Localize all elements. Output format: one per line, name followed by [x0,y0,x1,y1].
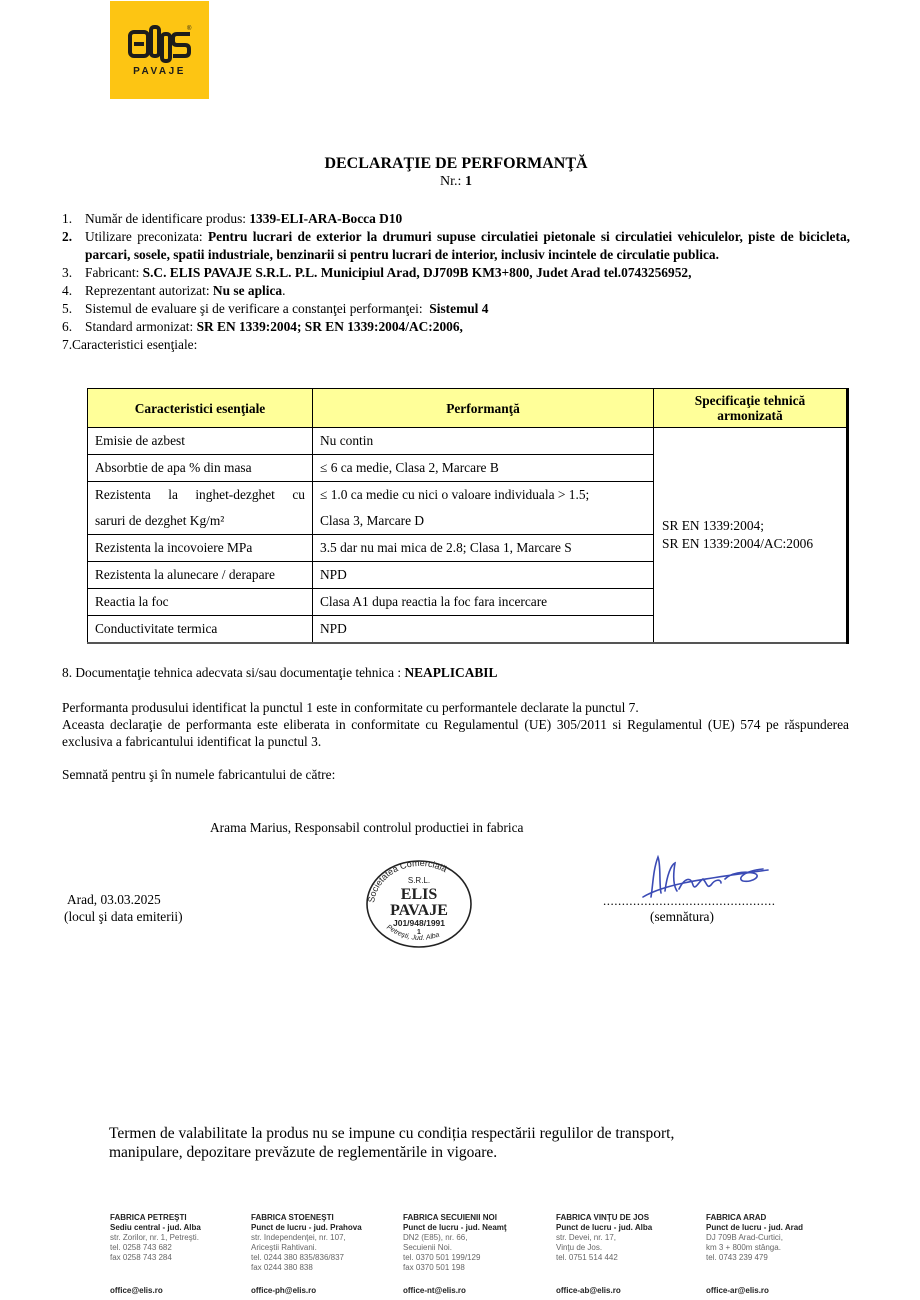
item-assessment-system: 5. Sistemul de evaluare şi de verificare… [62,300,850,318]
item-manufacturer: 3. Fabricant: S.C. ELIS PAVAJE S.R.L. P.… [62,264,850,282]
footer-factory-vintu: FABRICA VINŢU DE JOS Punct de lucru - ju… [556,1213,706,1263]
svg-text:J01/948/1991: J01/948/1991 [393,918,445,928]
item-intended-use: 2. Utilizare preconizata: Pentru lucrari… [62,228,850,264]
conformity-statement: Performanta produsului identificat la pu… [62,699,849,750]
footer-factory-arad: FABRICA ARAD Punct de lucru - jud. Arad … [706,1213,856,1263]
svg-text:®: ® [187,25,192,32]
table-row: Emisie de azbest Nu contin SR EN 1339:20… [88,428,848,455]
essential-characteristics-table: Caracteristici esenţiale Performanţă Spe… [87,388,849,644]
svg-text:ELIS: ELIS [401,886,438,903]
declaration-number: Nr.: 1 [0,174,912,190]
email-link[interactable]: office-ph@elis.ro [251,1286,316,1296]
elis-logo-mark-icon: ® [127,24,193,64]
signature-line: ........................................… [603,893,775,909]
item-representative: 4. Reprezentant autorizat: Nu se aplica. [62,282,850,300]
header-spec: Specificaţie tehnică armonizată [654,389,848,428]
item-technical-documentation: 8. Documentaţie tehnica adecvata si/sau … [62,665,497,681]
document-title: DECLARAŢIE DE PERFORMANŢĂ [0,155,912,173]
table-header-row: Caracteristici esenţiale Performanţă Spe… [88,389,848,428]
email-link[interactable]: office-ab@elis.ro [556,1286,621,1296]
place-date: Arad, 03.03.2025 (locul şi data emiterii… [64,891,183,925]
email-link[interactable]: office@elis.ro [110,1286,163,1296]
header-performance: Performanţă [313,389,654,428]
header-characteristics: Caracteristici esenţiale [88,389,313,428]
item-harmonised-standard: 6. Standard armonizat: SR EN 1339:2004; … [62,318,850,336]
signature-label: (semnătura) [650,909,714,925]
item-product-id: 1. Număr de identificare produs: 1339-EL… [62,210,850,228]
footer-factory-secuienii: FABRICA SECUIENII NOI Punct de lucru - j… [403,1213,553,1273]
logo-subtitle: PAVAJE [133,66,186,77]
email-link[interactable]: office-nt@elis.ro [403,1286,466,1296]
email-link[interactable]: office-ar@elis.ro [706,1286,769,1296]
elis-pavaje-logo: ® PAVAJE [110,1,209,99]
declaration-items: 1. Număr de identificare produs: 1339-EL… [62,210,850,354]
svg-text:PAVAJE: PAVAJE [390,902,448,919]
validity-note: Termen de valabilitate la produs nu se i… [109,1124,749,1162]
footer-factory-petresti: FABRICA PETREŞTI Sediu central - jud. Al… [110,1213,260,1263]
signed-for-label: Semnată pentru şi în numele fabricantulu… [62,767,335,783]
signatory-name: Arama Marius, Responsabil controlul prod… [210,820,523,836]
spec-cell: SR EN 1339:2004; SR EN 1339:2004/AC:2006 [654,428,848,644]
company-stamp-icon: Societatea Comercială S.R.L. ELIS PAVAJE… [362,857,476,949]
item-essential-characteristics: 7.Caracteristici esenţiale: [62,336,850,354]
footer-factory-stoenesti: FABRICA STOENEŞTI Punct de lucru - jud. … [251,1213,401,1273]
svg-text:S.R.L.: S.R.L. [408,876,430,885]
